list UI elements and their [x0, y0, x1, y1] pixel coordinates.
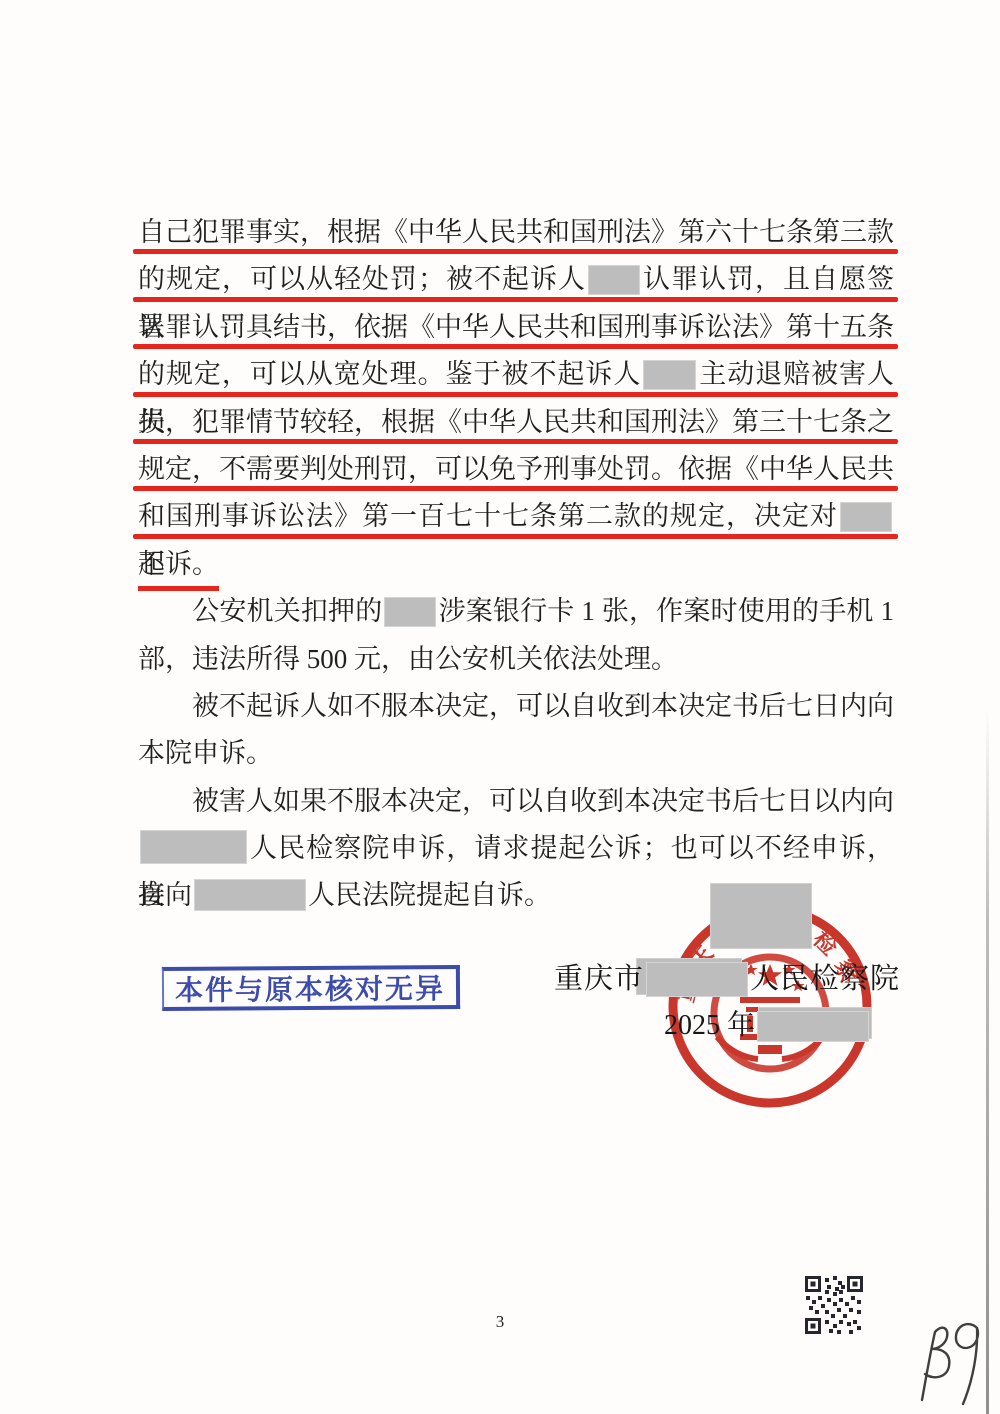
signature-date-line: 2025 年 — [664, 1009, 871, 1043]
text-segment: 和国刑事诉讼法》第一百七十七条第二款的规定，决定对 — [138, 501, 838, 531]
document-line: 被害人如果不服本决定，可以自收到本决定书后七日以内向 — [138, 778, 894, 825]
text-segment: 人民检察院 — [750, 963, 900, 995]
document-line: 本院申诉。 — [138, 730, 894, 777]
text-segment: 2025 年 — [664, 1010, 755, 1041]
text-segment: 人民法院提起自诉。 — [308, 880, 551, 910]
document-line: 公安机关扣押的涉案银行卡 1 张，作案时使用的手机 1 — [138, 588, 894, 635]
redaction-box — [840, 502, 892, 532]
document-line: 和国刑事诉讼法》第一百七十七条第二款的规定，决定对不 — [138, 493, 894, 540]
document-line: 的规定，可以从轻处罚；被不起诉人认罪认罚，且自愿签署 — [138, 256, 894, 303]
text-segment: 起诉。 — [138, 544, 219, 591]
text-segment: 重庆市 — [554, 963, 644, 995]
redaction-box — [757, 1011, 869, 1042]
text-segment: 部，违法所得 500 元，由公安机关依法处理。 — [138, 644, 678, 674]
document-body: 自己犯罪事实，根据《中华人民共和国刑法》第六十七条第三款 的规定，可以从轻处罚；… — [138, 209, 894, 920]
redaction-box — [140, 830, 247, 864]
redaction-box — [194, 879, 306, 911]
document-line: 被不起诉人如不服本决定，可以自收到本决定书后七日内向 — [138, 683, 894, 730]
document-line: 起诉。 — [138, 541, 894, 588]
text-segment: 的规定，可以从轻处罚；被不起诉人 — [138, 264, 586, 294]
document-line: 失，犯罪情节较轻，根据《中华人民共和国刑法》第三十七条之 — [138, 399, 894, 446]
verification-stamp: 本件与原本核对无异 — [162, 965, 460, 1011]
text-segment: 失，犯罪情节较轻，根据《中华人民共和国刑法》第三十七条之 — [138, 407, 894, 437]
document-line: 规定，不需要判处刑罚，可以免予刑事处罚。依据《中华人民共 — [138, 446, 894, 493]
text-segment: 接向 — [138, 880, 192, 910]
text-segment: 的规定，可以从宽处理。鉴于被不起诉人 — [138, 359, 641, 389]
scan-artifact-line — [986, 708, 989, 1414]
redaction-box — [588, 265, 640, 295]
qr-code-icon — [805, 1276, 863, 1334]
handwritten-mark-icon — [915, 1318, 993, 1410]
text-segment: 认罪认罚具结书，依据《中华人民共和国刑事诉讼法》第十五条 — [138, 312, 894, 342]
redaction-box — [646, 962, 748, 997]
redaction-box — [384, 597, 436, 627]
text-segment: 本院申诉。 — [138, 738, 273, 768]
document-line: 自己犯罪事实，根据《中华人民共和国刑法》第六十七条第三款 — [138, 209, 894, 256]
document-line: 的规定，可以从宽处理。鉴于被不起诉人主动退赔被害人损 — [138, 351, 894, 398]
text-segment: 自己犯罪事实，根据《中华人民共和国刑法》第六十七条第三款 — [138, 217, 894, 247]
text-segment: 公安机关扣押的 — [192, 596, 382, 626]
text-segment: 被害人如果不服本决定，可以自收到本决定书后七日以内向 — [192, 786, 894, 816]
document-line: 部，违法所得 500 元，由公安机关依法处理。 — [138, 636, 894, 683]
redaction-box — [643, 360, 696, 390]
text-segment: 规定，不需要判处刑罚，可以免予刑事处罚。依据《中华人民共 — [138, 454, 894, 484]
text-segment: 涉案银行卡 1 张，作案时使用的手机 1 — [438, 596, 894, 626]
verification-stamp-text: 本件与原本核对无异 — [175, 967, 445, 1009]
document-line: 认罪认罚具结书，依据《中华人民共和国刑事诉讼法》第十五条 — [138, 304, 894, 351]
signature-org-line: 重庆市人民检察院 — [554, 960, 900, 998]
text-segment: 被不起诉人如不服本决定，可以自收到本决定书后七日内向 — [192, 691, 894, 721]
scanned-legal-document-page: 自己犯罪事实，根据《中华人民共和国刑法》第六十七条第三款 的规定，可以从轻处罚；… — [0, 0, 1000, 1414]
document-line: 人民检察院申诉，请求提起公诉；也可以不经申诉，直 — [138, 825, 894, 872]
redaction-box — [710, 883, 812, 949]
